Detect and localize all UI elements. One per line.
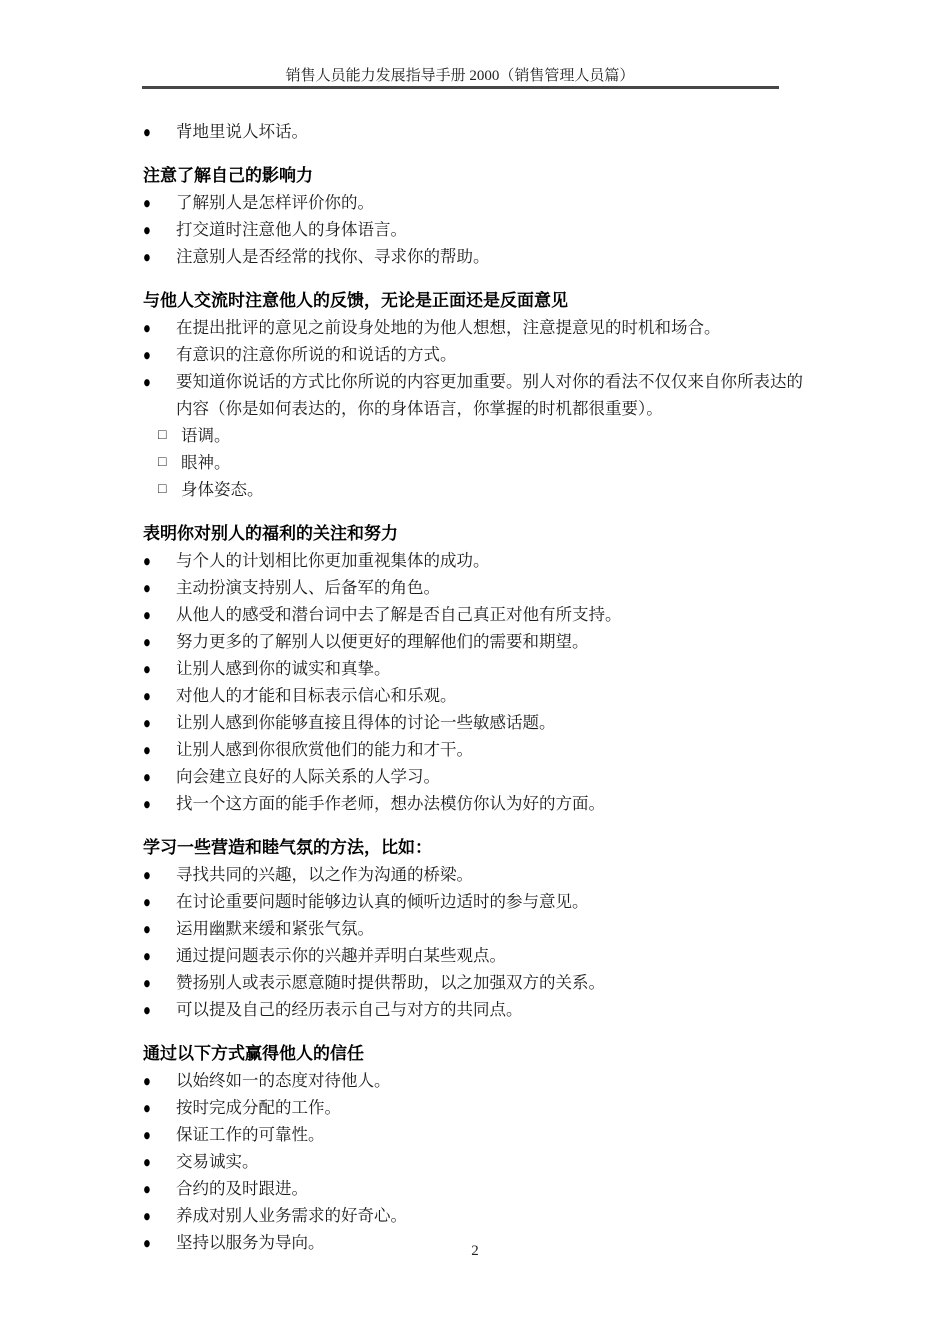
section: 与他人交流时注意他人的反馈，无论是正面还是反面意见●在提出批评的意见之前设身处地… <box>143 287 811 503</box>
bullet-item: ●以始终如一的态度对待他人。 <box>143 1067 811 1094</box>
section: 学习一些营造和睦气氛的方法，比如：●寻找共同的兴趣，以之作为沟通的桥梁。●在讨论… <box>143 834 811 1023</box>
bullet-item: ●要知道你说话的方式比你所说的内容更加重要。别人对你的看法不仅仅来自你所表达的内… <box>143 368 811 422</box>
header-title: 销售人员能力发展指导手册 2000（销售管理人员篇） <box>142 64 778 85</box>
bullet-item: ●通过提问题表示你的兴趣并弄明白某些观点。 <box>143 942 811 969</box>
bullet-text: 对他人的才能和目标表示信心和乐观。 <box>176 686 457 705</box>
bullet-text: 要知道你说话的方式比你所说的内容更加重要。别人对你的看法不仅仅来自你所表达的内容… <box>176 372 803 418</box>
bullet-text: 背地里说人坏话。 <box>176 122 308 141</box>
bullet-text: 语调。 <box>181 426 231 445</box>
bullet-item: ●可以提及自己的经历表示自己与对方的共同点。 <box>143 996 811 1023</box>
sub-bullet-item: □语调。 <box>158 422 811 449</box>
section: 注意了解自己的影响力●了解别人是怎样评价你的。●打交道时注意他人的身体语言。●注… <box>143 162 811 270</box>
bullet-item: ●按时完成分配的工作。 <box>143 1094 811 1121</box>
disc-bullet-icon: ● <box>143 114 151 149</box>
bullet-text: 让别人感到你能够直接且得体的讨论一些敏感话题。 <box>176 713 556 732</box>
bullet-text: 眼神。 <box>181 453 231 472</box>
page-footer: 2 <box>0 1243 950 1260</box>
bullet-item: ●努力更多的了解别人以便更好的理解他们的需要和期望。 <box>143 628 811 655</box>
bullet-item: ●交易诚实。 <box>143 1148 811 1175</box>
bullet-text: 与个人的计划相比你更加重视集体的成功。 <box>176 551 490 570</box>
bullet-text: 从他人的感受和潜台词中去了解是否自己真正对他有所支持。 <box>176 605 622 624</box>
bullet-item: ●赞扬别人或表示愿意随时提供帮助，以之加强双方的关系。 <box>143 969 811 996</box>
section-heading: 学习一些营造和睦气氛的方法，比如： <box>143 834 811 861</box>
bullet-text: 有意识的注意你所说的和说话的方式。 <box>176 345 457 364</box>
bullet-text: 在提出批评的意见之前设身处地的为他人想想，注意提意见的时机和场合。 <box>176 318 721 337</box>
section-heading: 通过以下方式赢得他人的信任 <box>143 1040 811 1067</box>
bullet-text: 在讨论重要问题时能够边认真的倾听边适时的参与意见。 <box>176 892 589 911</box>
bullet-item: ●在提出批评的意见之前设身处地的为他人想想，注意提意见的时机和场合。 <box>143 314 811 341</box>
bullet-text: 主动扮演支持别人、后备军的角色。 <box>176 578 440 597</box>
sub-bullet-item: □眼神。 <box>158 449 811 476</box>
bullet-text: 保证工作的可靠性。 <box>176 1125 325 1144</box>
bullet-item: ●对他人的才能和目标表示信心和乐观。 <box>143 682 811 709</box>
header-rule <box>142 86 779 89</box>
bullet-item: ●有意识的注意你所说的和说话的方式。 <box>143 341 811 368</box>
bullet-text: 向会建立良好的人际关系的人学习。 <box>176 767 440 786</box>
bullet-text: 寻找共同的兴趣，以之作为沟通的桥梁。 <box>176 865 473 884</box>
bullet-item: ●让别人感到你能够直接且得体的讨论一些敏感话题。 <box>143 709 811 736</box>
bullet-item: ●合约的及时跟进。 <box>143 1175 811 1202</box>
square-bullet-icon: □ <box>158 422 166 449</box>
bullet-text: 按时完成分配的工作。 <box>176 1098 341 1117</box>
bullet-item: ●让别人感到你的诚实和真挚。 <box>143 655 811 682</box>
disc-bullet-icon: ● <box>143 239 151 274</box>
bullet-text: 以始终如一的态度对待他人。 <box>176 1071 391 1090</box>
bullet-text: 了解别人是怎样评价你的。 <box>176 193 374 212</box>
section: ●背地里说人坏话。 <box>143 118 811 145</box>
bullet-item: ●向会建立良好的人际关系的人学习。 <box>143 763 811 790</box>
page-number: 2 <box>471 1243 479 1259</box>
section: 通过以下方式赢得他人的信任●以始终如一的态度对待他人。●按时完成分配的工作。●保… <box>143 1040 811 1256</box>
bullet-item: ●了解别人是怎样评价你的。 <box>143 189 811 216</box>
bullet-text: 可以提及自己的经历表示自己与对方的共同点。 <box>176 1000 523 1019</box>
document-content: ●背地里说人坏话。注意了解自己的影响力●了解别人是怎样评价你的。●打交道时注意他… <box>143 118 811 1256</box>
bullet-item: ●在讨论重要问题时能够边认真的倾听边适时的参与意见。 <box>143 888 811 915</box>
bullet-item: ●让别人感到你很欣赏他们的能力和才干。 <box>143 736 811 763</box>
disc-bullet-icon: ● <box>143 992 151 1027</box>
bullet-text: 赞扬别人或表示愿意随时提供帮助，以之加强双方的关系。 <box>176 973 605 992</box>
bullet-item: ●打交道时注意他人的身体语言。 <box>143 216 811 243</box>
bullet-text: 合约的及时跟进。 <box>176 1179 308 1198</box>
section-heading: 表明你对别人的福利的关注和努力 <box>143 520 811 547</box>
bullet-item: ●寻找共同的兴趣，以之作为沟通的桥梁。 <box>143 861 811 888</box>
bullet-text: 身体姿态。 <box>181 480 264 499</box>
bullet-item: ●注意别人是否经常的找你、寻求你的帮助。 <box>143 243 811 270</box>
document-page: 销售人员能力发展指导手册 2000（销售管理人员篇） ●背地里说人坏话。注意了解… <box>0 0 950 1344</box>
bullet-text: 努力更多的了解别人以便更好的理解他们的需要和期望。 <box>176 632 589 651</box>
bullet-item: ●背地里说人坏话。 <box>143 118 811 145</box>
bullet-text: 注意别人是否经常的找你、寻求你的帮助。 <box>176 247 490 266</box>
bullet-item: ●主动扮演支持别人、后备军的角色。 <box>143 574 811 601</box>
bullet-text: 运用幽默来缓和紧张气氛。 <box>176 919 374 938</box>
square-bullet-icon: □ <box>158 476 166 503</box>
bullet-item: ●保证工作的可靠性。 <box>143 1121 811 1148</box>
bullet-text: 通过提问题表示你的兴趣并弄明白某些观点。 <box>176 946 506 965</box>
section: 表明你对别人的福利的关注和努力●与个人的计划相比你更加重视集体的成功。●主动扮演… <box>143 520 811 817</box>
bullet-item: ●养成对别人业务需求的好奇心。 <box>143 1202 811 1229</box>
bullet-item: ●与个人的计划相比你更加重视集体的成功。 <box>143 547 811 574</box>
disc-bullet-icon: ● <box>143 786 151 821</box>
bullet-text: 找一个这方面的能手作老师，想办法模仿你认为好的方面。 <box>176 794 605 813</box>
bullet-text: 打交道时注意他人的身体语言。 <box>176 220 407 239</box>
bullet-item: ●从他人的感受和潜台词中去了解是否自己真正对他有所支持。 <box>143 601 811 628</box>
sub-bullet-item: □身体姿态。 <box>158 476 811 503</box>
bullet-text: 让别人感到你很欣赏他们的能力和才干。 <box>176 740 473 759</box>
bullet-item: ●找一个这方面的能手作老师，想办法模仿你认为好的方面。 <box>143 790 811 817</box>
bullet-text: 让别人感到你的诚实和真挚。 <box>176 659 391 678</box>
section-heading: 注意了解自己的影响力 <box>143 162 811 189</box>
bullet-text: 交易诚实。 <box>176 1152 259 1171</box>
square-bullet-icon: □ <box>158 449 166 476</box>
bullet-item: ●运用幽默来缓和紧张气氛。 <box>143 915 811 942</box>
bullet-text: 养成对别人业务需求的好奇心。 <box>176 1206 407 1225</box>
disc-bullet-icon: ● <box>143 364 151 399</box>
section-heading: 与他人交流时注意他人的反馈，无论是正面还是反面意见 <box>143 287 811 314</box>
